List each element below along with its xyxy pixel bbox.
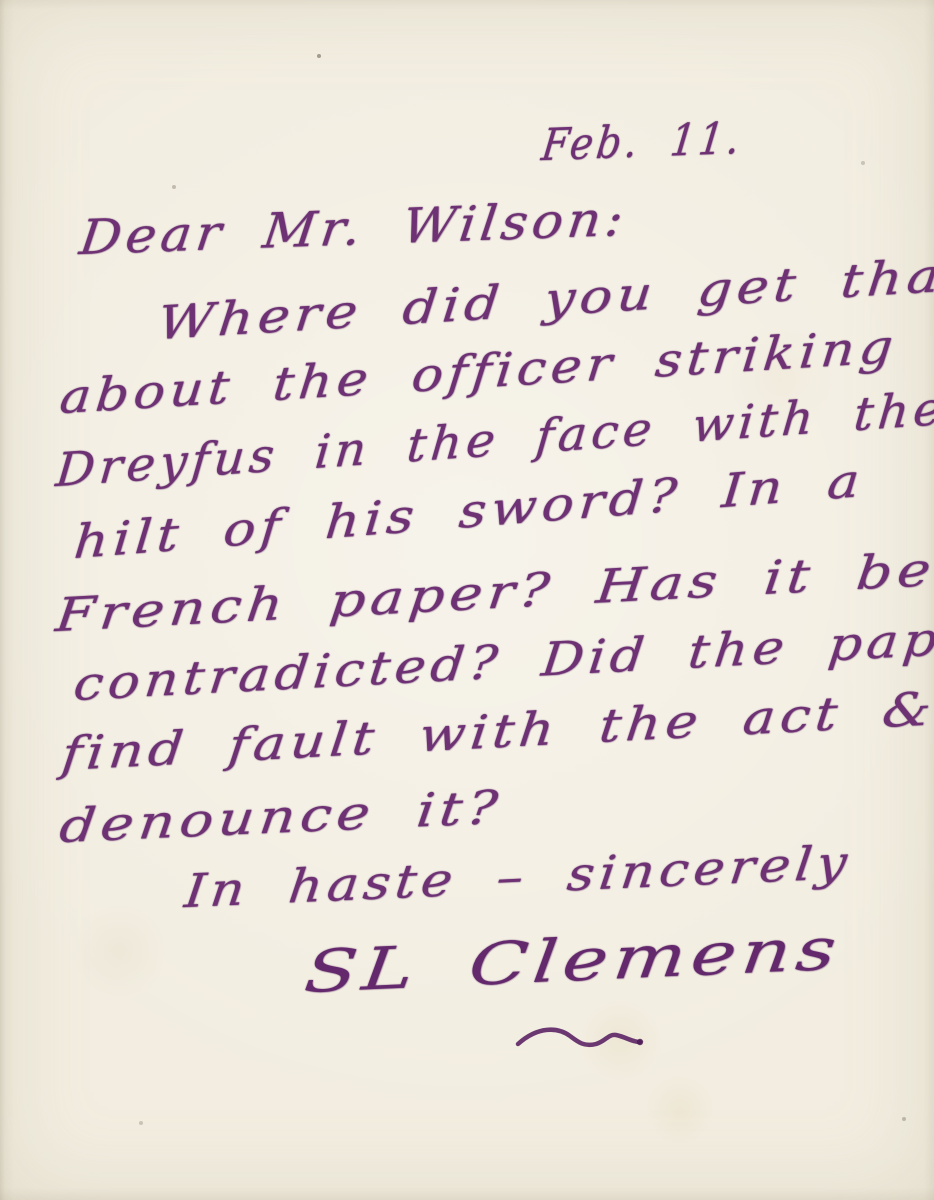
signature-flourish — [512, 1020, 652, 1060]
letter-page: Feb. 11. Dear Mr. Wilson: Where did you … — [0, 0, 934, 1200]
letter-date: Feb. 11. — [539, 113, 746, 171]
letter-signature: SL Clemens — [301, 914, 845, 1006]
letter-body-line: denounce it? — [57, 780, 505, 854]
letter-closing: In haste – sincerely — [182, 835, 854, 918]
paper-specks — [0, 0, 2, 2]
letter-salutation: Dear Mr. Wilson: — [77, 191, 631, 266]
